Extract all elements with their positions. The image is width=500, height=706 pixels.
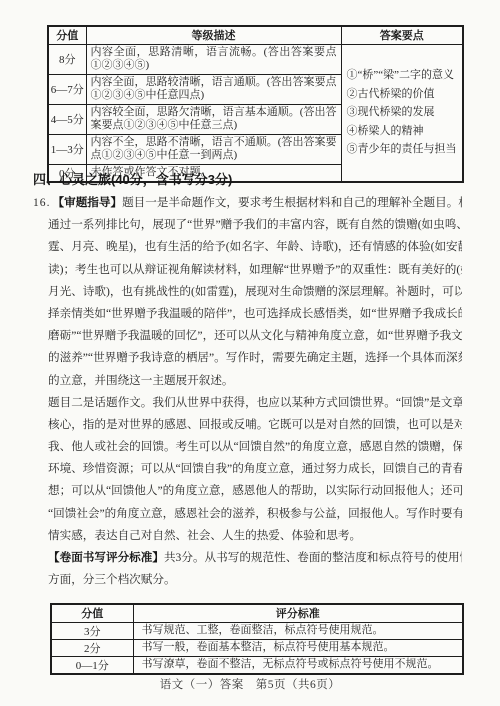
- answer-point-item: ④桥梁人的精神: [347, 122, 463, 141]
- desc-cell: 书写一般，卷面基本整洁，标点符号使用基本规范。: [133, 639, 463, 656]
- writing-standard-first-line: 【卷面书写评分标准】共3分。从书写的规范性、卷面的整洁度和标点符号的使用情况: [33, 547, 462, 569]
- score-cell: 4—5分: [48, 104, 86, 134]
- handwriting-rubric-table: 分值 评分标准 3分 书写规范、工整，卷面整洁，标点符号使用规范。 2分 书写一…: [50, 603, 464, 675]
- text-line: 题目二是话题作文。我们从世界中获得，也应以某种方式回馈世界。“回馈”是文章的: [33, 392, 462, 414]
- text-line: 读)；考生也可以从辩证视角解读材料，如理解“世界赠予”的双重性：既有美好的(如: [33, 259, 462, 281]
- guide-paragraph-1: 通过一系列排比句，展现了“世界”赠予我们的丰富内容，既有自然的馈赠(如虫鸣、雷霆…: [33, 214, 462, 369]
- table-row: 8分 内容全面，思路清晰，语言流畅。(答出答案要点①②③④⑤) ①“桥”“梁”二…: [48, 44, 463, 74]
- writing-standard-text: 共3分。从书写的规范性、卷面的整洁度和标点符号的使用情况: [164, 551, 462, 564]
- header-grade-description: 等级描述: [86, 26, 341, 44]
- essay-rubric-table: 分值 等级描述 答案要点 8分 内容全面，思路清晰，语言流畅。(答出答案要点①②…: [47, 25, 464, 183]
- header-score: 分值: [51, 604, 133, 622]
- text-line: 情实感，表达自己对自然、社会、人生的热爱、体验和思考。: [33, 525, 462, 547]
- section-heading: 四、心灵之旅(40分，含书写分3分): [33, 169, 232, 188]
- table-row: 3分 书写规范、工整，卷面整洁，标点符号使用规范。: [51, 622, 463, 639]
- text-line: 月光、诗歌)，也有挑战性的(如雷霆)，展现对生命馈赠的深层理解。补题时，可以选: [33, 281, 462, 303]
- table-header-row: 分值 评分标准: [51, 604, 463, 622]
- score-cell: 1—3分: [48, 134, 86, 164]
- desc-cell: 内容全面，思路清晰，语言流畅。(答出答案要点①②③④⑤): [86, 44, 341, 74]
- answer-explanation: 16.【审题指导】题目一是半命题作文，要求考生根据材料和自己的理解补全题目。材料…: [33, 192, 462, 601]
- score-cell: 0—1分: [51, 656, 133, 674]
- header-criteria: 评分标准: [133, 604, 463, 622]
- desc-cell: 书写潦草，卷面不整洁，无标点符号或标点符号使用不规范。: [133, 656, 463, 674]
- desc-cell: 内容较全面，思路欠清晰，语言基本通顺。(答出答案要点①②③④⑤中任意三点): [86, 104, 341, 134]
- guide-first-line-text: 题目一是半命题作文，要求考生根据材料和自己的理解补全题目。材料: [122, 196, 462, 209]
- guide-paragraph-2: 题目二是话题作文。我们从世界中获得，也应以某种方式回馈世界。“回馈”是文章的核心…: [33, 392, 462, 525]
- answer-point-item: ③现代桥梁的发展: [347, 103, 463, 122]
- score-cell: 3分: [51, 622, 133, 639]
- page-footer: 语文（一）答案 第5页（共6页）: [0, 676, 500, 692]
- text-line: 方面，分三个档次赋分。: [33, 569, 462, 591]
- guide-first-line: 16.【审题指导】题目一是半命题作文，要求考生根据材料和自己的理解补全题目。材料: [33, 192, 462, 214]
- text-line: 择亲情类如“世界赠予我温暖的陪伴”，也可选择成长感悟类，如“世界赠予我成长的: [33, 303, 462, 325]
- item-number: 16.: [33, 196, 53, 209]
- guide-label: 【审题指导】: [53, 196, 123, 209]
- desc-cell: 内容不全，思路不清晰，语言不通顺。(答出答案要点①②③④⑤中任意一到两点): [86, 134, 341, 164]
- table-row: 0—1分 书写潦草，卷面不整洁，无标点符号或标点符号使用不规范。: [51, 656, 463, 674]
- answer-point-item: ⑤青少年的责任与担当: [347, 140, 463, 159]
- score-cell: 8分: [48, 44, 86, 74]
- score-cell: 6—7分: [48, 74, 86, 104]
- text-line: 磨砺”“世界赠予我温暖的回忆”，还可以从文化与精神角度立意，如“世界赠予我文化: [33, 325, 462, 347]
- table-header-row: 分值 等级描述 答案要点: [48, 26, 463, 44]
- desc-cell: 书写规范、工整，卷面整洁，标点符号使用规范。: [133, 622, 463, 639]
- text-line: 的立意，并围绕这一主题展开叙述。: [33, 370, 462, 392]
- text-line: “回馈社会”的角度立意，感恩社会的滋养，积极参与公益，回报他人。写作时要有真: [33, 503, 462, 525]
- score-cell: 2分: [51, 639, 133, 656]
- text-line: 我、他人或社会的回馈。考生可以从“回馈自然”的角度立意，感恩自然的馈赠，保护: [33, 436, 462, 458]
- writing-standard-label: 【卷面书写评分标准】: [48, 551, 164, 564]
- desc-cell: 内容全面，思路较清晰，语言通顺。(答出答案要点①②③④⑤中任意四点): [86, 74, 341, 104]
- answer-point-item: ①“桥”“梁”二字的意义: [347, 66, 463, 85]
- text-line: 霆、月亮、晚星)，也有生活的给予(如名字、年龄、诗歌)，还有情感的体验(如安静的…: [33, 236, 462, 258]
- table-row: 2分 书写一般，卷面基本整洁，标点符号使用基本规范。: [51, 639, 463, 656]
- text-line: 的滋养”“世界赠予我诗意的栖居”。写作时，需要先确定主题，选择一个具体而深刻: [33, 347, 462, 369]
- answer-points-cell: ①“桥”“梁”二字的意义②古代桥梁的价值③现代桥梁的发展④桥梁人的精神⑤青少年的…: [341, 44, 463, 182]
- text-line: 通过一系列排比句，展现了“世界”赠予我们的丰富内容，既有自然的馈赠(如虫鸣、雷: [33, 214, 462, 236]
- document-page: 分值 等级描述 答案要点 8分 内容全面，思路清晰，语言流畅。(答出答案要点①②…: [0, 0, 500, 706]
- text-line: 想；可以从“回馈他人”的角度立意，感恩他人的帮助，以实际行动回报他人；还可以从: [33, 480, 462, 502]
- header-answer-points: 答案要点: [341, 26, 463, 44]
- answer-point-item: ②古代桥梁的价值: [347, 85, 463, 104]
- text-line: 核心，指的是对世界的感恩、回报或反哺。它既可以是对自然的回馈，也可以是对自: [33, 414, 462, 436]
- header-score: 分值: [48, 26, 86, 44]
- text-line: 环境、珍惜资源；可以从“回馈自我”的角度立意，通过努力成长，回馈自己的青春和梦: [33, 458, 462, 480]
